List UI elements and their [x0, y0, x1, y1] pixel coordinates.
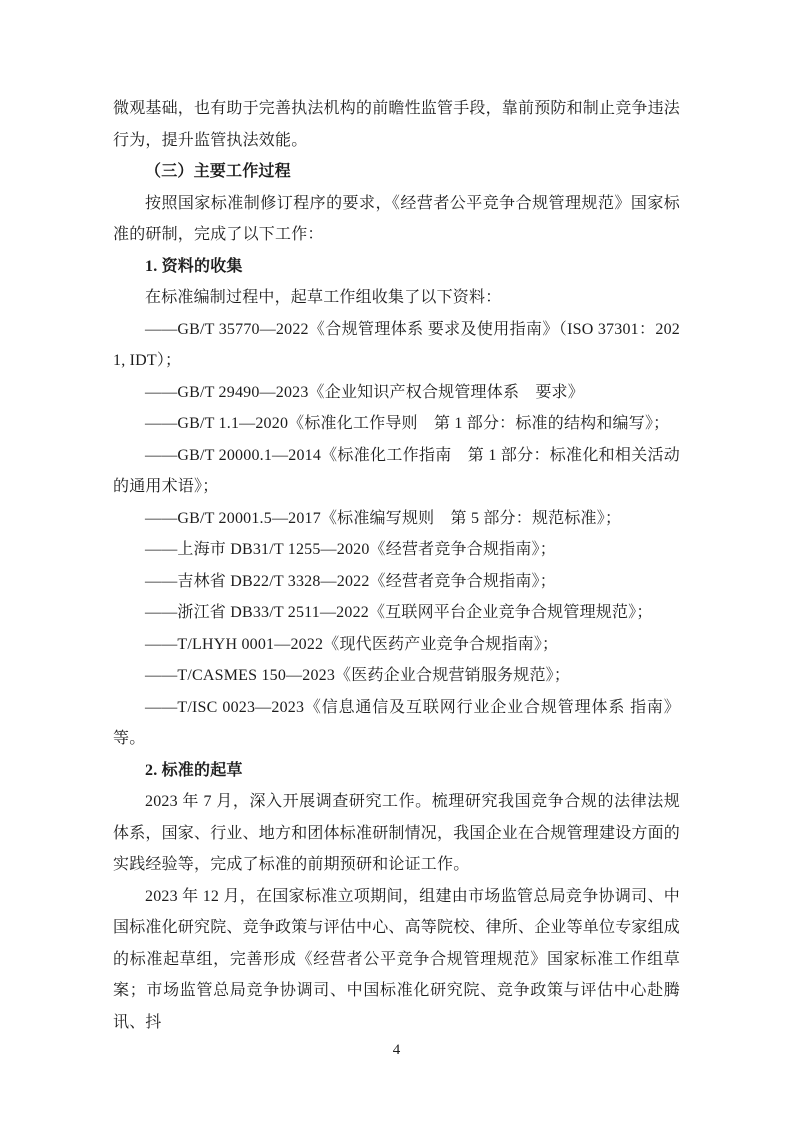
paragraph: 2023 年 12 月，在国家标准立项期间，组建由市场监管总局竞争协调司、中国标… — [113, 881, 680, 1039]
paragraph: ——浙江省 DB33/T 2511—2022《互联网平台企业竞争合规管理规范》； — [113, 597, 680, 629]
paragraph: ——T/CASMES 150—2023《医药企业合规营销服务规范》； — [113, 660, 680, 692]
paragraph: ——T/ISC 0023—2023《信息通信及互联网行业企业合规管理体系 指南》… — [113, 692, 680, 755]
section-heading: （三）主要工作过程 — [113, 156, 680, 188]
paragraph: 2023 年 7 月，深入开展调查研究工作。梳理研究我国竞争合规的法律法规体系，… — [113, 786, 680, 881]
paragraph: 微观基础，也有助于完善执法机构的前瞻性监管手段，靠前预防和制止竞争违法行为，提升… — [113, 93, 680, 156]
paragraph: 按照国家标准制修订程序的要求，《经营者公平竞争合规管理规范》国家标准的研制，完成… — [113, 188, 680, 251]
paragraph: ——GB/T 35770—2022《合规管理体系 要求及使用指南》（ISO 37… — [113, 314, 680, 377]
document-body: 微观基础，也有助于完善执法机构的前瞻性监管手段，靠前预防和制止竞争违法行为，提升… — [113, 93, 680, 1038]
paragraph: ——T/LHYH 0001—2022《现代医药产业竞争合规指南》； — [113, 629, 680, 661]
document-page: 微观基础，也有助于完善执法机构的前瞻性监管手段，靠前预防和制止竞争违法行为，提升… — [0, 0, 793, 1122]
paragraph: ——GB/T 1.1—2020《标准化工作导则 第 1 部分：标准的结构和编写》… — [113, 408, 680, 440]
paragraph: ——吉林省 DB22/T 3328—2022《经营者竞争合规指南》； — [113, 566, 680, 598]
page-number: 4 — [0, 1040, 793, 1060]
section-heading: 2. 标准的起草 — [113, 755, 680, 787]
paragraph: ——GB/T 20000.1—2014《标准化工作指南 第 1 部分：标准化和相… — [113, 440, 680, 503]
paragraph: ——GB/T 20001.5—2017《标准编写规则 第 5 部分：规范标准》； — [113, 503, 680, 535]
section-heading: 1. 资料的收集 — [113, 251, 680, 283]
paragraph: 在标准编制过程中，起草工作组收集了以下资料： — [113, 282, 680, 314]
paragraph: ——GB/T 29490—2023《企业知识产权合规管理体系 要求》 — [113, 377, 680, 409]
paragraph: ——上海市 DB31/T 1255—2020《经营者竞争合规指南》； — [113, 534, 680, 566]
